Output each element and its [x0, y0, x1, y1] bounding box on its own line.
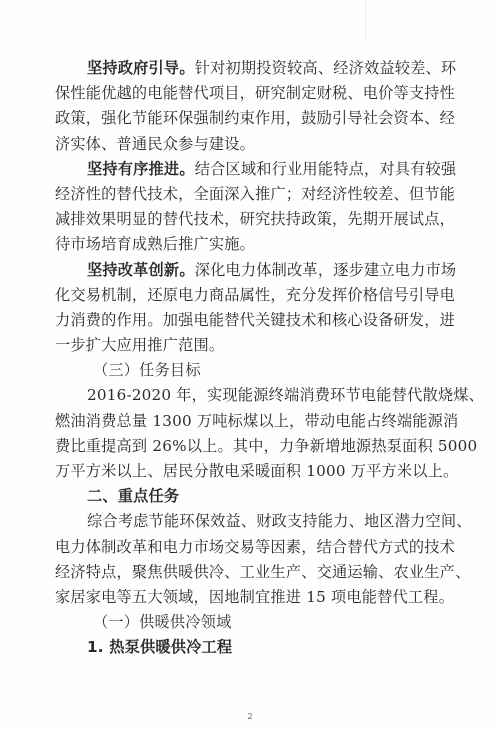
scan-fold-line: [365, 0, 366, 40]
paragraph-line: 保性能优越的电能替代项目，研究制定财税、电价等支持性: [55, 81, 441, 106]
paragraph-line: 坚持政府引导。针对初期投资较高、经济效益较差、环: [55, 56, 441, 81]
paragraph-line: 济实体、普通民众参与建设。: [55, 132, 441, 157]
paragraph-line: 经济性的替代技术，全面深入推广；对经济性较差、但节能: [55, 182, 441, 207]
paragraph-line: 一步扩大应用推广范围。: [55, 333, 441, 358]
subsection-heading: （三）任务目标: [55, 358, 441, 383]
paragraph-line: 综合考虑节能环保效益、财政支持能力、地区潜力空间、: [55, 509, 441, 534]
paragraph-lead-bold: 坚持改革创新。: [87, 261, 195, 279]
paragraph-line: 力消费的作用。加强电能替代关键技术和核心设备研发，进: [55, 308, 441, 333]
document-body: 坚持政府引导。针对初期投资较高、经济效益较差、环 保性能优越的电能替代项目，研究…: [55, 56, 441, 661]
paragraph-line: 经济特点，聚焦供暖供冷、工业生产、交通运输、农业生产、: [55, 560, 441, 585]
paragraph-line: 费比重提高到 26%以上。其中，力争新增地源热泵面积 5000: [55, 434, 441, 459]
paragraph-line: 化交易机制，还原电力商品属性，充分发挥价格信号引导电: [55, 283, 441, 308]
paragraph-lead-bold: 坚持政府引导。: [87, 59, 195, 77]
section-heading: 二、重点任务: [55, 484, 441, 509]
document-page: 坚持政府引导。针对初期投资较高、经济效益较差、环 保性能优越的电能替代项目，研究…: [0, 0, 500, 733]
page-number: 2: [0, 712, 500, 721]
paragraph-line: 燃油消费总量 1300 万吨标煤以上，带动电能占终端能源消: [55, 409, 441, 434]
paragraph-line: 电力体制改革和电力市场交易等因素，结合替代方式的技术: [55, 535, 441, 560]
item-heading: 1. 热泵供暖供冷工程: [55, 635, 441, 660]
subsection-heading: （一）供暖供冷领域: [55, 610, 441, 635]
paragraph-line: 待市场培育成熟后推广实施。: [55, 232, 441, 257]
paragraph-line: 家居家电等五大领域，因地制宜推进 15 项电能替代工程。: [55, 585, 441, 610]
paragraph-line: 坚持改革创新。深化电力体制改革，逐步建立电力市场: [55, 258, 441, 283]
paragraph-line: 万平方米以上、居民分散电采暖面积 1000 万平方米以上。: [55, 459, 441, 484]
paragraph-line: 政策，强化节能环保强制约束作用，鼓励引导社会资本、经: [55, 106, 441, 131]
paragraph-line: 2016-2020 年，实现能源终端消费环节电能替代散烧煤、: [55, 383, 441, 408]
paragraph-line: 减排效果明显的替代技术，研究扶持政策，先期开展试点，: [55, 207, 441, 232]
paragraph-lead-bold: 坚持有序推进。: [87, 160, 195, 178]
paragraph-line: 坚持有序推进。结合区域和行业用能特点，对具有较强: [55, 157, 441, 182]
